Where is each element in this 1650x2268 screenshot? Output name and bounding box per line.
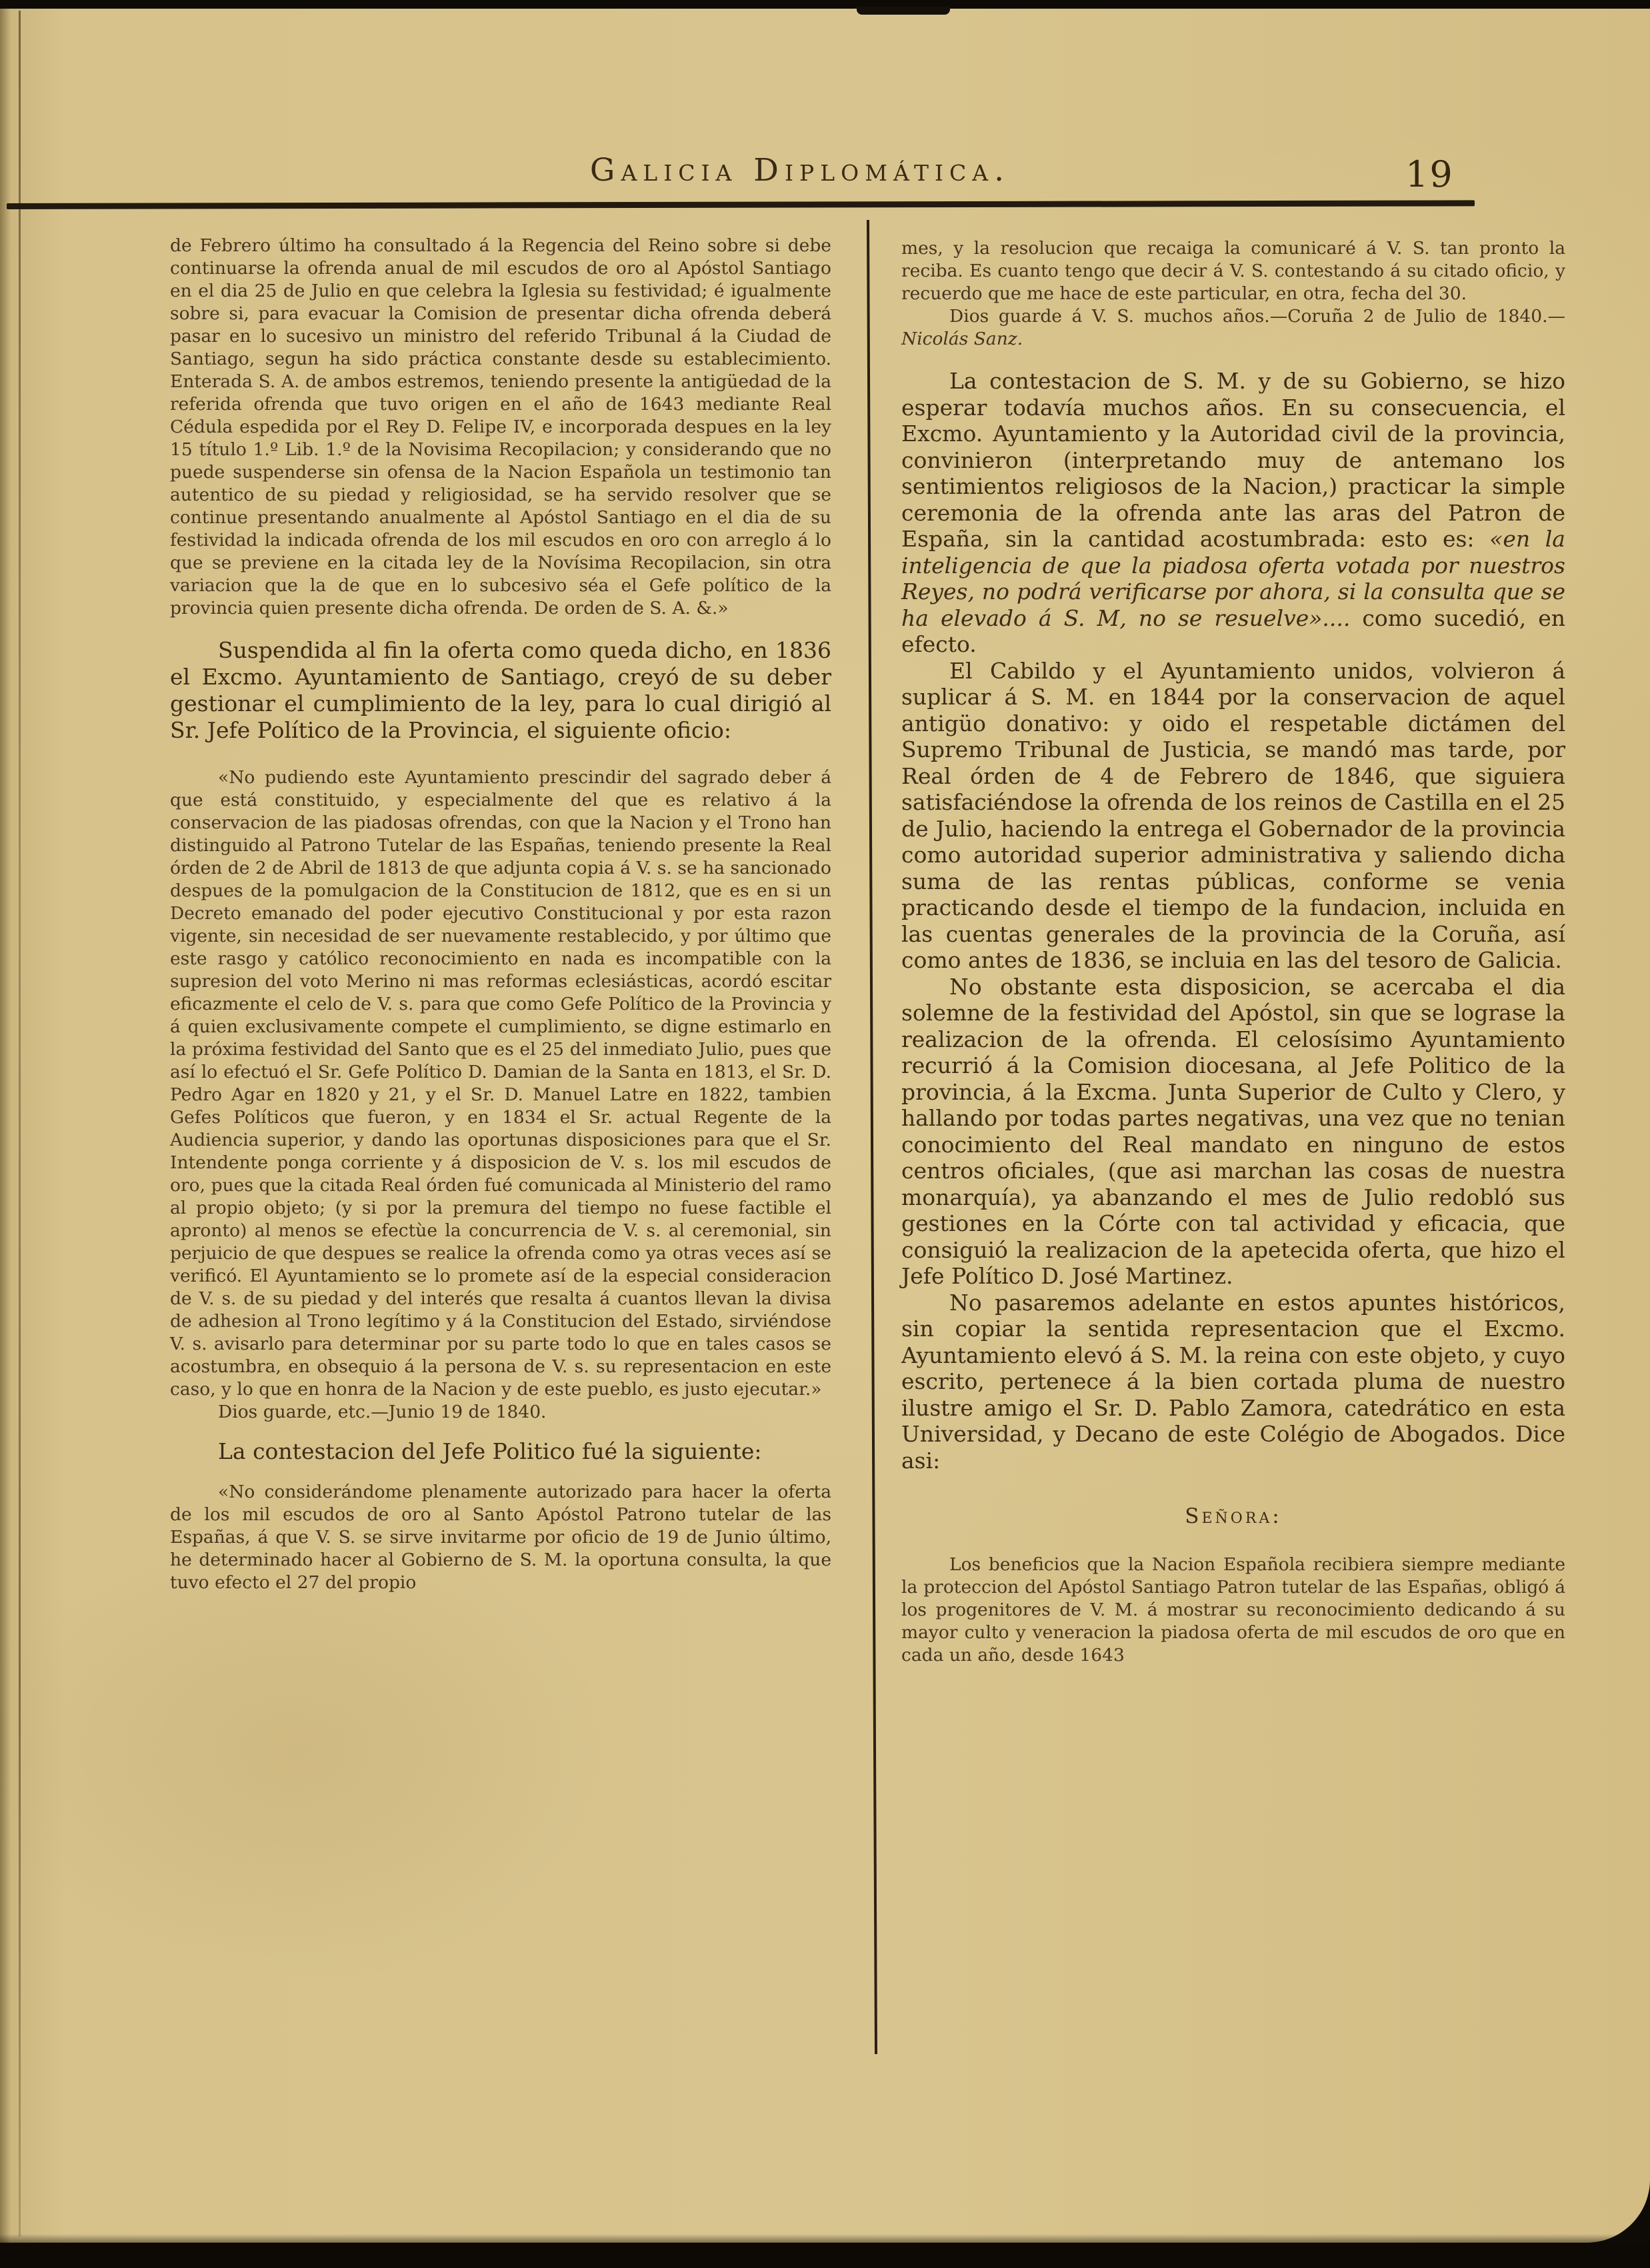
left-column: de Febrero último ha consultado á la Reg…	[170, 235, 831, 1594]
signoff-text: Dios guarde á V. S. muchos años.—Coruña …	[949, 306, 1565, 327]
paragraph-contestacion-sm: La contestacion de S. M. y de su Gobiern…	[901, 368, 1565, 658]
paragraph-continuation-oficio: de Febrero último ha consultado á la Reg…	[170, 235, 831, 620]
paragraph-contestacion-intro: La contestacion del Jefe Politico fué la…	[170, 1438, 831, 1465]
paragraph-continuation-respuesta: mes, y la resolucion que recaiga la comu…	[901, 237, 1565, 305]
paragraph-respuesta-quote: «No considerándome plenamente autorizado…	[170, 1481, 831, 1594]
masthead-title: Galicia Diplomática.	[590, 152, 1010, 189]
page-number: 19	[1405, 153, 1454, 195]
paragraph-cabildo: El Cabildo y el Ayuntamiento unidos, vol…	[901, 658, 1565, 974]
scanned-page: Galicia Diplomática. 19 de Febrero últim…	[0, 0, 1650, 2268]
signoff-name: Nicolás Sanz.	[901, 329, 1023, 349]
paragraph-beneficios: Los beneficios que la Nacion Española re…	[901, 1554, 1565, 1667]
oficio-signoff: Dios guarde, etc.—Junio 19 de 1840.	[170, 1401, 831, 1424]
paragraph-no-obstante: No obstante esta disposicion, se acercab…	[901, 974, 1565, 1290]
contestacion-pre: La contestacion de S. M. y de su Gobiern…	[901, 368, 1565, 552]
paragraph-no-pasaremos: No pasaremos adelante en estos apuntes h…	[901, 1290, 1565, 1474]
respuesta-signoff: Dios guarde á V. S. muchos años.—Coruña …	[901, 305, 1565, 351]
paragraph-suspendida: Suspendida al fin la oferta como queda d…	[170, 637, 831, 744]
paragraph-oficio-quote: «No pudiendo este Ayuntamiento prescindi…	[170, 766, 831, 1401]
scan-edge-artifact	[857, 7, 950, 15]
binding-crease-line	[19, 11, 21, 2237]
page-left-edge-shadow	[0, 9, 11, 2243]
scan-bottom-edge	[0, 2243, 1650, 2268]
right-column: mes, y la resolucion que recaiga la comu…	[901, 237, 1565, 1667]
heading-senora: Señora:	[901, 1504, 1565, 1528]
